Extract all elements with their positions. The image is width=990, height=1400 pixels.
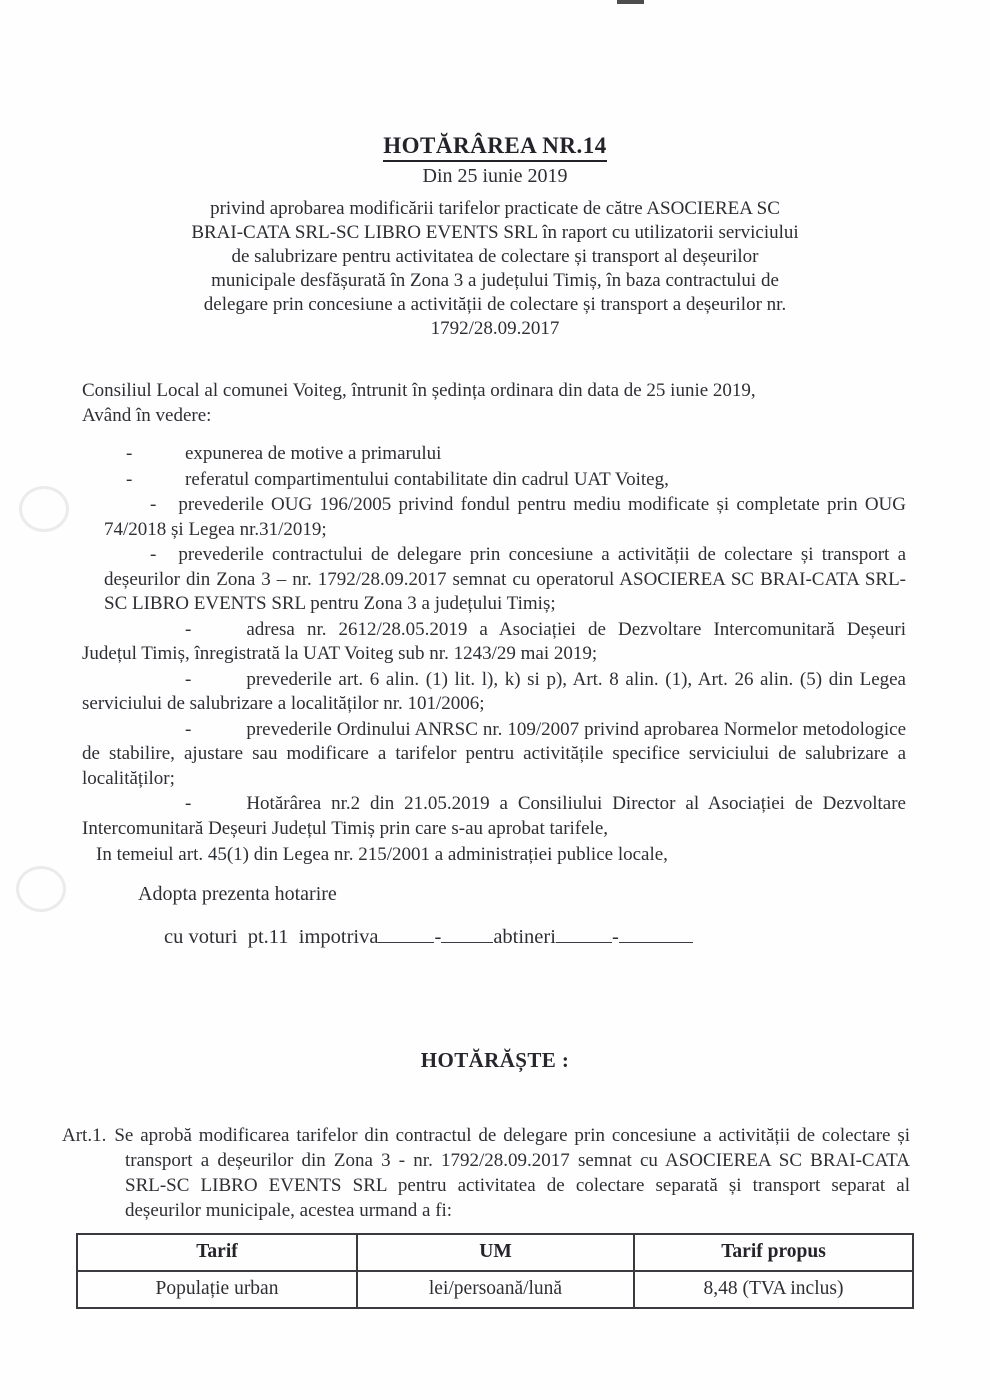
table-header-um: UM [357, 1234, 634, 1271]
list-item: -prevederile contractului de delegare pr… [82, 543, 906, 617]
list-dash: - [185, 619, 191, 640]
preamble-line: 1792/28.09.2017 [0, 317, 990, 341]
list-dash: - [126, 468, 132, 493]
list-item: -prevederile Ordinului ANRSC nr. 109/200… [82, 718, 906, 792]
legal-basis-line: In temeiul art. 45(1) din Legea nr. 215/… [82, 843, 906, 868]
document-title: HOTĂRÂREA NR.14 [383, 133, 606, 162]
adoption-line: Adopta prezenta hotarire [82, 882, 906, 907]
article-label: Art.1. [62, 1125, 106, 1146]
table-row: Populație urban lei/persoană/lună 8,48 (… [77, 1271, 913, 1308]
list-dash: - [126, 442, 132, 467]
table-cell-category: Populație urban [77, 1271, 357, 1308]
table-header-tarif-propus: Tarif propus [634, 1234, 913, 1271]
preamble-line: municipale desfășurată în Zona 3 a județ… [0, 269, 990, 293]
list-item-text: prevederile art. 6 alin. (1) lit. l), k)… [82, 669, 906, 715]
scanned-document-page: HOTĂRÂREA NR.14 Din 25 iunie 2019 privin… [0, 0, 990, 1400]
dash-mark: - [612, 925, 619, 950]
document-body: Consiliul Local al comunei Voiteg, întru… [82, 379, 906, 950]
table-cell-tariff: 8,48 (TVA inclus) [634, 1271, 913, 1308]
list-dash: - [150, 494, 156, 515]
table-header-row: Tarif UM Tarif propus [77, 1234, 913, 1271]
blank-line [619, 923, 693, 943]
intro-paragraph: Consiliul Local al comunei Voiteg, întru… [82, 379, 906, 428]
preamble-line: de salubrizare pentru activitatea de col… [0, 245, 990, 269]
list-item: -prevederile OUG 196/2005 privind fondul… [82, 493, 906, 542]
votes-count: pt.11 [248, 926, 289, 948]
document-date: Din 25 iunie 2019 [0, 165, 990, 188]
article-1: Art.1.Se aprobă modificarea tarifelor di… [62, 1123, 910, 1223]
document-preamble: privind aprobarea modificării tarifelor … [0, 197, 990, 341]
list-item-text: prevederile contractului de delegare pri… [104, 544, 906, 614]
votes-prefix: cu voturi [164, 926, 237, 948]
list-item-text: prevederile OUG 196/2005 privind fondul … [104, 494, 906, 540]
votes-line: cu voturi pt.11 impotriva-abtineri- [82, 923, 906, 950]
list-dash: - [185, 793, 191, 814]
dash-mark: - [434, 925, 441, 950]
preamble-line: BRAI-CATA SRL-SC LIBRO EVENTS SRL în rap… [0, 221, 990, 245]
blank-line [378, 923, 434, 943]
document-header: HOTĂRÂREA NR.14 Din 25 iunie 2019 [0, 133, 990, 188]
list-item: - expunerea de motive a primarului [82, 442, 906, 467]
intro-line: Consiliul Local al comunei Voiteg, întru… [82, 379, 906, 404]
list-item: -adresa nr. 2612/28.05.2019 a Asociației… [82, 618, 906, 667]
tariff-table: Tarif UM Tarif propus Populație urban le… [76, 1233, 914, 1309]
list-dash: - [185, 719, 191, 740]
considerations-list: - expunerea de motive a primarului - ref… [82, 442, 906, 841]
list-item-text: adresa nr. 2612/28.05.2019 a Asociației … [82, 619, 906, 665]
blank-line [556, 923, 612, 943]
table-cell-unit: lei/persoană/lună [357, 1271, 634, 1308]
document-content: HOTĂRÂREA NR.14 Din 25 iunie 2019 privin… [0, 0, 990, 1309]
blank-line [441, 923, 493, 943]
preamble-line: delegare prin concesiune a activității d… [0, 293, 990, 317]
list-item: -Hotărârea nr.2 din 21.05.2019 a Consili… [82, 792, 906, 841]
decision-heading: HOTĂRĂȘTE : [0, 1048, 990, 1073]
list-dash: - [150, 544, 156, 565]
intro-line: Având în vedere: [82, 404, 906, 429]
list-item: -prevederile art. 6 alin. (1) lit. l), k… [82, 668, 906, 717]
table-header-tarif: Tarif [77, 1234, 357, 1271]
list-item: - referatul compartimentului contabilita… [82, 468, 906, 493]
list-item-text: referatul compartimentului contabilitate… [185, 469, 669, 490]
against-label: impotriva [299, 926, 379, 948]
list-dash: - [185, 669, 191, 690]
abstain-label: abtineri [493, 926, 556, 948]
article-text: Se aprobă modificarea tarifelor din cont… [114, 1125, 910, 1221]
list-item-text: Hotărârea nr.2 din 21.05.2019 a Consiliu… [82, 793, 906, 839]
list-item-text: prevederile Ordinului ANRSC nr. 109/2007… [82, 719, 906, 789]
list-item-text: expunerea de motive a primarului [185, 443, 441, 464]
preamble-line: privind aprobarea modificării tarifelor … [0, 197, 990, 221]
